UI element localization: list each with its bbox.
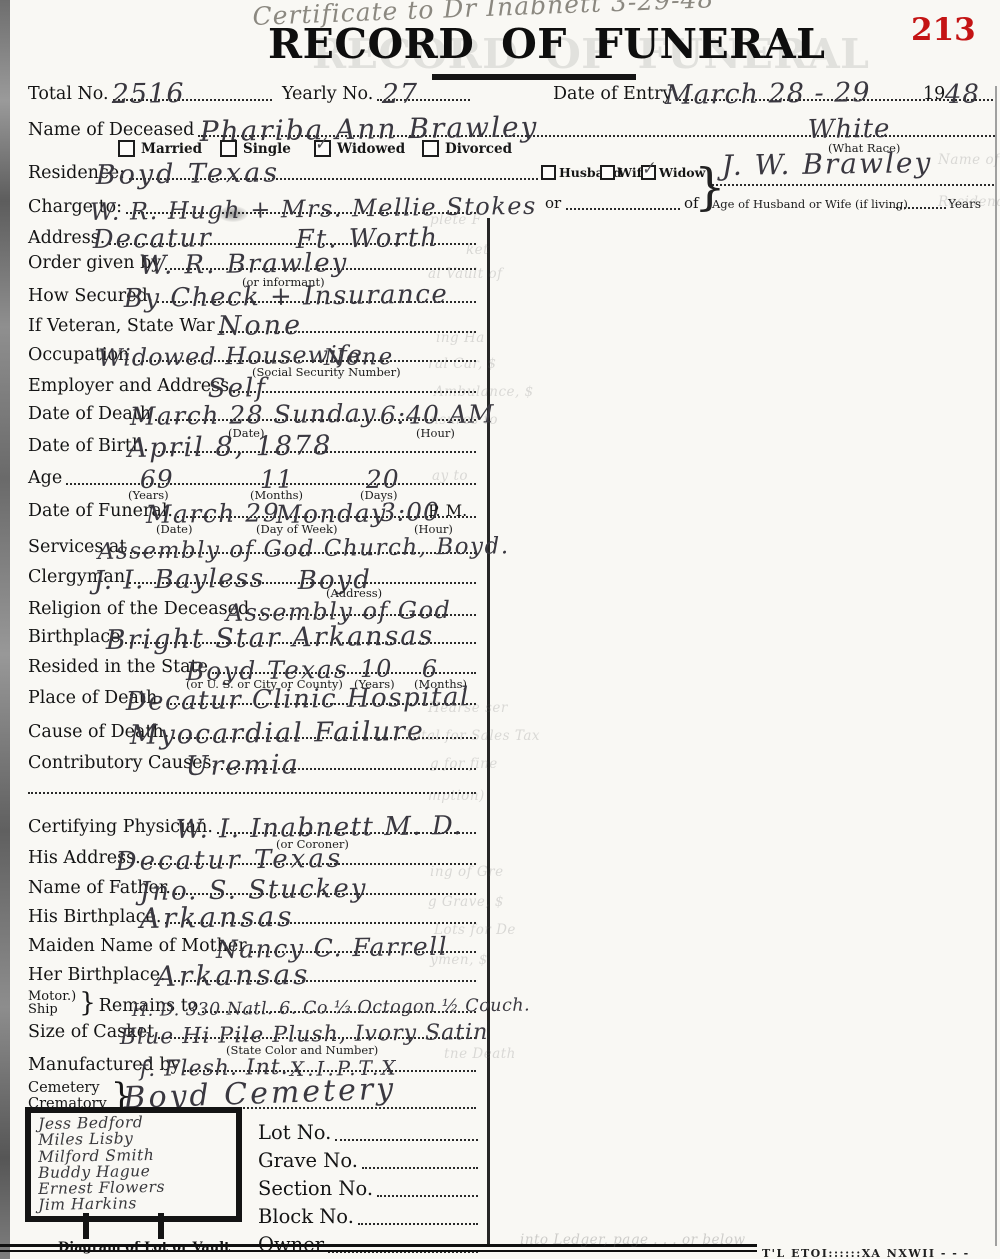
field-lot-no: Lot No. bbox=[258, 1122, 480, 1144]
record-of-funeral-document: Certificate to Dr Inabnett 3-29-48 RECOR… bbox=[0, 0, 1000, 1259]
date-of-birth-value: April 8, 1878 bbox=[128, 432, 333, 462]
checkbox-box bbox=[541, 165, 556, 180]
checkbox-married: Married bbox=[118, 140, 202, 157]
field-block-no: Block No. bbox=[258, 1206, 480, 1228]
date-sub-label: (Date) bbox=[156, 522, 192, 536]
checkbox-divorced: Divorced bbox=[422, 140, 512, 157]
or-label: or bbox=[545, 194, 561, 212]
year-prefix: 19 bbox=[923, 84, 945, 104]
contributory-value: Uremia bbox=[186, 752, 300, 781]
total-no-label: Total No. bbox=[28, 84, 109, 104]
field-remains-to: Motor.) Ship } Remains to H. D. 330 Natl… bbox=[28, 990, 478, 1016]
race-value: White bbox=[808, 116, 891, 143]
checkbox-widowed: ✓ Widowed bbox=[314, 140, 405, 157]
date-of-entry-value: March 28 - 29 bbox=[665, 79, 871, 109]
her-birthplace-label: Her Birthplace. bbox=[28, 965, 166, 985]
field-address: Address. Decatur Ft. Worth bbox=[28, 228, 478, 248]
field-size-of-casket: Size of Casket Blue Hi Pile Plush, Ivory… bbox=[28, 1022, 478, 1042]
field-religion: Religion of the Deceased Assembly of God bbox=[28, 599, 478, 619]
total-no-value: 2516 bbox=[112, 80, 185, 108]
checkbox-box bbox=[422, 140, 439, 157]
field-her-birthplace: Her Birthplace. Arkansas bbox=[28, 965, 478, 985]
checkbox-box: ✓ bbox=[314, 140, 331, 157]
year-value: 48 bbox=[945, 82, 980, 108]
bleed-through-text: Residence bbox=[938, 194, 1000, 210]
field-veteran-war: If Veteran, State War None bbox=[28, 316, 478, 336]
her-birthplace-value: Arkansas bbox=[156, 961, 311, 991]
field-his-birthplace: His Birthplace. Arkansas bbox=[28, 907, 478, 927]
bleed-through-text: ing of Gre bbox=[430, 864, 504, 880]
field-order-given-by: Order given by W. R. Brawley (or informa… bbox=[28, 253, 478, 273]
lot-no-label: Lot No. bbox=[258, 1122, 331, 1144]
day-of-week-sub-label: (Day of Week) bbox=[256, 522, 338, 536]
pm-suffix-label: P. M. bbox=[428, 501, 467, 520]
lot-diagram-box: Jess Bedford Miles Lisby Milford Smith B… bbox=[25, 1107, 242, 1222]
bleed-through-text: g for fine bbox=[430, 756, 498, 772]
field-employer: Employer and Address Self bbox=[28, 376, 478, 396]
field-name-of-father: Name of Father. Jno. S. Stuckey bbox=[28, 878, 478, 898]
field-clergyman: Clergyman J. I. Bayless Boyd (Address) bbox=[28, 567, 478, 587]
address-value: Decatur bbox=[93, 225, 213, 253]
field-manufactured-by: Manufactured by f. Flesh. Int. X.I.P.T.X bbox=[28, 1055, 478, 1075]
field-occupation: Occupation Widowed Housewife None (Socia… bbox=[28, 345, 478, 365]
field-how-secured: How Secured. By Check + Insurance bbox=[28, 286, 478, 306]
field-maiden-name-of-mother: Maiden Name of Mother Nancy C. Farrell bbox=[28, 936, 478, 956]
field-place-of-death: Place of Death. Decatur Clinic Hospital bbox=[28, 688, 478, 708]
veteran-war-label: If Veteran, State War bbox=[28, 316, 215, 336]
yearly-no-label: Yearly No. bbox=[282, 84, 373, 104]
veteran-war-value: None bbox=[218, 312, 304, 340]
bleed-through-text: nsures to bbox=[430, 412, 498, 428]
field-section-no: Section No. bbox=[258, 1178, 480, 1200]
field-services-at: Services at Assembly of God Church, Boyd… bbox=[28, 537, 478, 557]
checkbox-box: ✓ bbox=[641, 165, 656, 180]
bleed-through-text: ay to bbox=[432, 468, 468, 484]
page-number-stamp: 213 bbox=[911, 12, 976, 48]
name-of-deceased-label: Name of Deceased bbox=[28, 120, 194, 140]
checkbox-box bbox=[220, 140, 237, 157]
religion-label: Religion of the Deceased bbox=[28, 599, 249, 619]
bleed-through-text: ket bbox=[466, 242, 489, 258]
date-of-entry-label: Date of Entry bbox=[553, 84, 672, 104]
dotted-line bbox=[377, 1195, 478, 1197]
age-label: Age bbox=[28, 468, 62, 488]
bleed-through-text: ral Car, $ bbox=[428, 356, 497, 372]
field-date-of-birth: Date of Birth. April 8, 1878 bbox=[28, 436, 478, 456]
section-no-label: Section No. bbox=[258, 1178, 373, 1200]
dotted-line bbox=[28, 792, 476, 794]
bleed-through-text: mption) bbox=[428, 788, 485, 804]
field-date-of-funeral: Date of Funeral. March 29 Monday 3:00 P.… bbox=[28, 501, 478, 521]
field-total-no: Total No. 2516 bbox=[28, 84, 274, 104]
checkbox-label: Divorced bbox=[445, 141, 512, 157]
his-address-value: Decatur Texas bbox=[116, 846, 344, 875]
diagram-leg bbox=[83, 1213, 89, 1239]
yearly-no-value: 27 bbox=[382, 81, 419, 109]
bottom-rule bbox=[0, 1250, 757, 1252]
dotted-line bbox=[335, 1139, 478, 1141]
dotted-line bbox=[362, 1167, 478, 1169]
bleed-through-text: ing Ha bbox=[436, 330, 485, 346]
field-birthplace: Birthplace Bright Star Arkansas bbox=[28, 627, 478, 647]
field-his-address: His Address. Decatur Texas bbox=[28, 848, 478, 868]
field-residence: Residence: Boyd Texas bbox=[28, 163, 540, 183]
clergyman-value: J. I. Bayless bbox=[94, 566, 265, 594]
age-of-spouse-label: Age of Husband or Wife (if living) bbox=[712, 197, 908, 211]
bleed-through-text: plete F bbox=[430, 212, 482, 228]
checkbox-label: Widowed bbox=[337, 141, 405, 157]
cemetery-label: Cemetery bbox=[28, 1080, 107, 1096]
grave-no-label: Grave No. bbox=[258, 1150, 358, 1172]
checkbox-box bbox=[600, 165, 615, 180]
bleed-through-text: ymen, $ bbox=[430, 952, 488, 968]
blank-dotted-row bbox=[28, 792, 478, 797]
mother-label: Maiden Name of Mother bbox=[28, 936, 247, 956]
bleed-through-text: tne Death bbox=[444, 1046, 516, 1062]
bleed-through-text: g Grave, $ bbox=[428, 894, 504, 910]
bleed-through-text: Lots for De bbox=[434, 922, 516, 938]
checkbox-box bbox=[118, 140, 135, 157]
ship-label: Ship bbox=[28, 1003, 76, 1016]
cut-off-print-text: T'L ETOI::::::XA NXWII - - - bbox=[762, 1247, 1000, 1259]
date-of-death-value: March 28 Sunday bbox=[130, 401, 377, 429]
scan-edge-strip bbox=[0, 0, 10, 1259]
motor-ship-label: Motor.) Ship bbox=[28, 990, 76, 1016]
field-contributory-causes: Contributory Causes. Uremia bbox=[28, 753, 478, 773]
field-date-of-death: Date of Death March 28 Sunday 6:40 AM (D… bbox=[28, 404, 478, 424]
residence-value: Boyd Texas bbox=[96, 160, 281, 190]
his-birthplace-value: Arkansas bbox=[140, 903, 295, 933]
check-mark-icon: ✓ bbox=[639, 158, 657, 180]
right-edge-line bbox=[995, 86, 997, 1246]
diagram-leg bbox=[158, 1213, 164, 1239]
brace-glyph: } bbox=[79, 990, 96, 1016]
field-yearly-no: Yearly No. 27 bbox=[282, 84, 472, 104]
page-title: RECORD OF FUNERAL bbox=[268, 20, 825, 68]
block-no-label: Block No. bbox=[258, 1206, 354, 1228]
cause-of-death-value: Myocardial Failure bbox=[130, 718, 425, 749]
bleed-through-text: Total for Sales Tax bbox=[404, 728, 540, 744]
bleed-through-text: al Vault of bbox=[428, 266, 503, 282]
of-label: of bbox=[684, 194, 699, 212]
dotted-line bbox=[712, 184, 994, 186]
dotted-line bbox=[358, 1223, 478, 1225]
dotted-line bbox=[566, 208, 680, 210]
lot-owner-name: Jim Harkins bbox=[38, 1194, 236, 1214]
field-resided-in-state: Resided in the State Boyd Texas 10 6 (or… bbox=[28, 657, 478, 677]
relative-name-value: J. W. Brawley bbox=[722, 149, 933, 180]
diagram-caption: Diagram of Lot or Vault bbox=[58, 1240, 230, 1255]
bleed-through-text: Name of D bbox=[938, 152, 1000, 168]
bleed-through-text: Ambulance, $ bbox=[434, 384, 534, 400]
employer-value: Self bbox=[208, 375, 267, 402]
remains-to-value: H. D. 330 Natl. 6. Co ⅓ Octogon ½ Couch. bbox=[132, 997, 531, 1020]
bleed-through-text: into Ledger, page . . . or below bbox=[520, 1232, 746, 1248]
place-of-death-value: Decatur Clinic Hospital bbox=[126, 684, 470, 715]
field-name-of-deceased: Name of Deceased Phariba Ann Brawley Whi… bbox=[28, 120, 997, 140]
employer-label: Employer and Address bbox=[28, 376, 229, 396]
checkbox-label: Married bbox=[141, 141, 202, 157]
field-date-of-entry: Date of Entry March 28 - 29 19 48 bbox=[553, 84, 995, 104]
services-at-value: Assembly of God Church, Boyd. bbox=[98, 535, 510, 564]
checkbox-label: Single bbox=[243, 141, 291, 157]
birthplace-value: Bright Star Arkansas bbox=[106, 623, 435, 655]
how-secured-value: By Check + Insurance bbox=[124, 282, 449, 313]
field-age: Age 69 11 20 (Years) (Months) (Days) bbox=[28, 468, 478, 488]
field-grave-no: Grave No. bbox=[258, 1150, 480, 1172]
resided-label: Resided in the State bbox=[28, 657, 208, 677]
ink-bar bbox=[432, 74, 636, 80]
field-certifying-physician: Certifying Physician. W. I. Inabnett M. … bbox=[28, 817, 478, 837]
bleed-through-text: Hearse ser bbox=[428, 700, 508, 716]
checkbox-single: Single bbox=[220, 140, 291, 157]
field-charge-to: Charge to: W. R. Hugh + Mrs. Mellie Stok… bbox=[28, 197, 478, 217]
